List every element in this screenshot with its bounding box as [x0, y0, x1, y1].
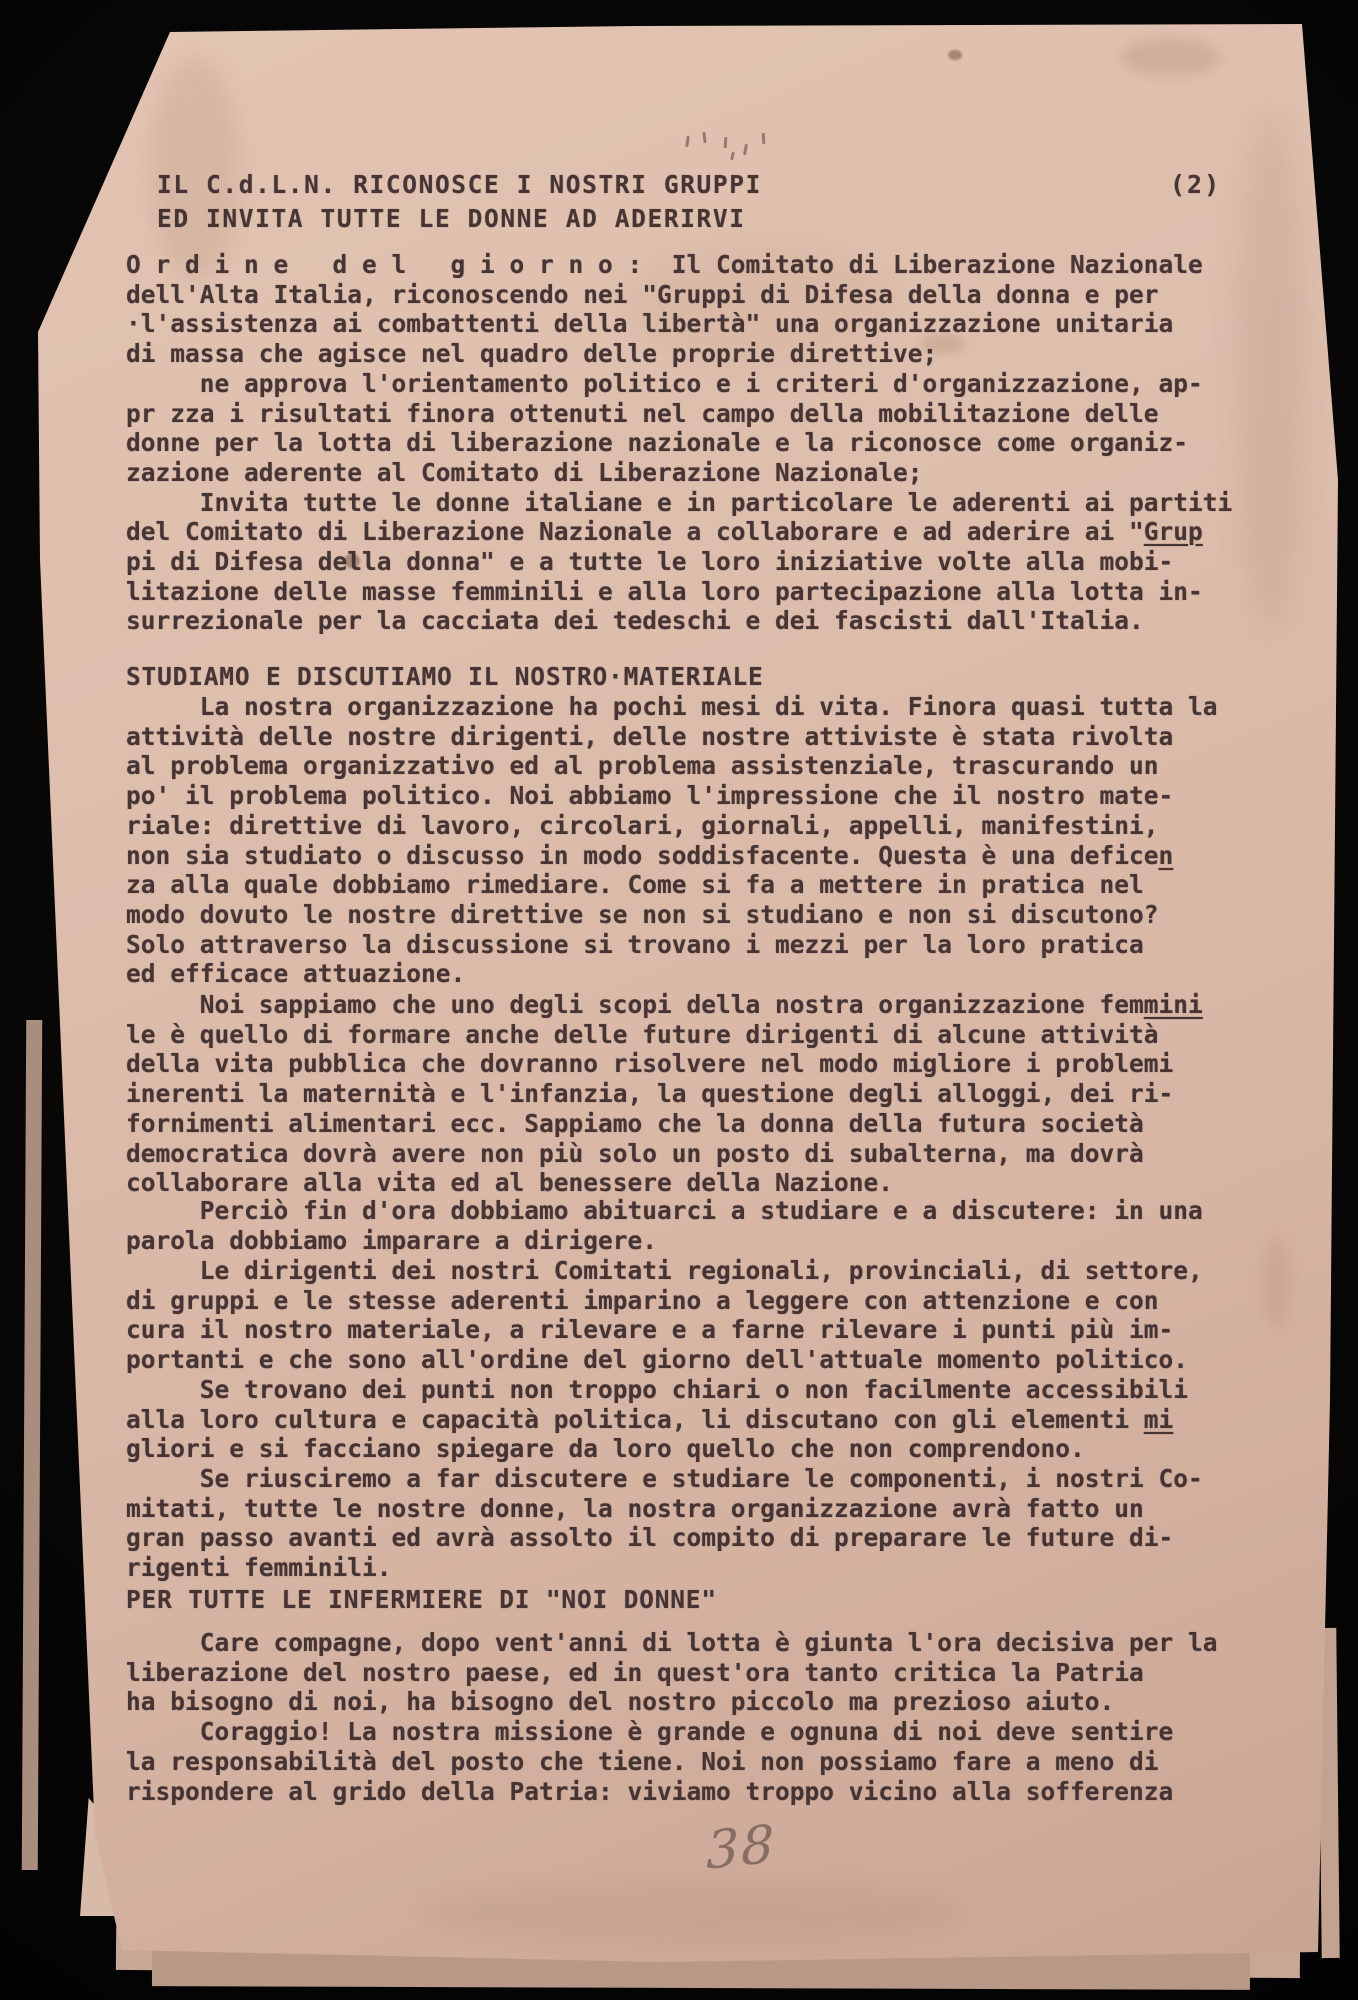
typed-line: ·l'assistenza ai combattenti della liber…	[126, 309, 1336, 339]
section-heading: PER TUTTE LE INFERMIERE DI "NOI DONNE"	[126, 1585, 1336, 1615]
title-line: IL C.d.L.N. RICONOSCE I NOSTRI GRUPPI	[157, 168, 762, 202]
typed-line: donne per la lotta di liberazione nazion…	[126, 428, 1336, 458]
title-line: ED INVITA TUTTE LE DONNE AD ADERIRVI	[157, 202, 762, 236]
typed-line: Solo attraverso la discussione si trovan…	[126, 930, 1336, 960]
typed-line: PER TUTTE LE INFERMIERE DI "NOI DONNE"	[126, 1585, 1336, 1615]
document-title: IL C.d.L.N. RICONOSCE I NOSTRI GRUPPIED …	[157, 168, 762, 236]
section-heading: STUDIAMO E DISCUTIAMO IL NOSTRO·MATERIAL…	[126, 662, 1336, 692]
paragraph: Care compagne, dopo vent'anni di lotta è…	[126, 1628, 1336, 1806]
typed-line: fornimenti alimentari ecc. Sappiamo che …	[126, 1109, 1336, 1139]
typed-line: di massa che agisce nel quadro delle pro…	[126, 339, 1336, 369]
typed-line: dell'Alta Italia, riconoscendo nei "Grup…	[126, 280, 1336, 310]
typed-line: democratica dovrà avere non più solo un …	[126, 1139, 1336, 1169]
typed-line: parola dobbiamo imparare a dirigere.	[126, 1226, 1336, 1256]
typed-line: le è quello di formare anche delle futur…	[126, 1020, 1336, 1050]
typed-line: pr zza i risultati finora ottenuti nel c…	[126, 399, 1336, 429]
typed-line: Invita tutte le donne italiane e in part…	[126, 488, 1336, 518]
typed-line: za alla quale dobbiamo rimediare. Come s…	[126, 870, 1336, 900]
under-sheet-edge	[22, 1020, 42, 1870]
typed-line: gran passo avanti ed avrà assolto il com…	[126, 1523, 1336, 1553]
paragraph: La nostra organizzazione ha pochi mesi d…	[126, 692, 1336, 989]
typed-line: della vita pubblica che dovranno risolve…	[126, 1049, 1336, 1079]
paragraph: Perciò fin d'ora dobbiamo abituarci a st…	[126, 1196, 1336, 1255]
typed-line: del Comitato di Liberazione Nazionale a …	[126, 517, 1336, 547]
paragraph: Se trovano dei punti non troppo chiari o…	[126, 1375, 1336, 1464]
typed-line: Se trovano dei punti non troppo chiari o…	[126, 1375, 1336, 1405]
paragraph: Noi sappiamo che uno degli scopi della n…	[126, 990, 1336, 1198]
typed-line: ne approva l'orientamento politico e i c…	[126, 369, 1336, 399]
typed-line: alla loro cultura e capacità politica, l…	[126, 1405, 1336, 1435]
typed-line: gliori e si facciano spiegare da loro qu…	[126, 1434, 1336, 1464]
typed-line: mitati, tutte le nostre donne, la nostra…	[126, 1494, 1336, 1524]
typed-line: rispondere al grido della Patria: viviam…	[126, 1777, 1336, 1807]
handwritten-page-number: 38	[706, 1814, 776, 1882]
scanned-document-photo: IL C.d.L.N. RICONOSCE I NOSTRI GRUPPIED …	[0, 0, 1358, 2000]
typed-line: litazione delle masse femminili e alla l…	[126, 577, 1336, 607]
typed-line: po' il problema politico. Noi abbiamo l'…	[126, 781, 1336, 811]
typed-line: O r d i n e d e l g i o r n o : Il Comit…	[126, 250, 1336, 280]
typed-line: al problema organizzativo ed al problema…	[126, 751, 1336, 781]
page-number: (2)	[1170, 170, 1221, 199]
typed-line: pi di Difesa della donna" e a tutte le l…	[126, 547, 1336, 577]
typed-line: modo dovuto le nostre direttive se non s…	[126, 900, 1336, 930]
typed-line: liberazione del nostro paese, ed in ques…	[126, 1658, 1336, 1688]
typed-line: Coraggio! La nostra missione è grande e …	[126, 1717, 1336, 1747]
typed-line: ed efficace attuazione.	[126, 959, 1336, 989]
typed-line: collaborare alla vita ed al benessere de…	[126, 1168, 1336, 1198]
typed-line: di gruppi e le stesse aderenti imparino …	[126, 1286, 1336, 1316]
paragraph: Se riusciremo a far discutere e studiare…	[126, 1464, 1336, 1583]
typed-line: cura il nostro materiale, a rilevare e a…	[126, 1315, 1336, 1345]
typed-line: STUDIAMO E DISCUTIAMO IL NOSTRO·MATERIAL…	[126, 662, 1336, 692]
typed-line: Le dirigenti dei nostri Comitati regiona…	[126, 1256, 1336, 1286]
document-page: IL C.d.L.N. RICONOSCE I NOSTRI GRUPPIED …	[0, 0, 1358, 2000]
typed-line: riale: direttive di lavoro, circolari, g…	[126, 811, 1336, 841]
typed-line: inerenti la maternità e l'infanzia, la q…	[126, 1079, 1336, 1109]
typed-line: ha bisogno di noi, ha bisogno del nostro…	[126, 1687, 1336, 1717]
typed-line: Se riusciremo a far discutere e studiare…	[126, 1464, 1336, 1494]
typed-line: attività delle nostre dirigenti, delle n…	[126, 722, 1336, 752]
typed-line: Noi sappiamo che uno degli scopi della n…	[126, 990, 1336, 1020]
paragraph: O r d i n e d e l g i o r n o : Il Comit…	[126, 250, 1336, 636]
typed-line: Perciò fin d'ora dobbiamo abituarci a st…	[126, 1196, 1336, 1226]
typed-line: rigenti femminili.	[126, 1553, 1336, 1583]
typed-line: Care compagne, dopo vent'anni di lotta è…	[126, 1628, 1336, 1658]
paragraph: Le dirigenti dei nostri Comitati regiona…	[126, 1256, 1336, 1375]
typed-line: la responsabilità del posto che tiene. N…	[126, 1747, 1336, 1777]
typed-line: surrezionale per la cacciata dei tedesch…	[126, 606, 1336, 636]
typed-line: portanti e che sono all'ordine del giorn…	[126, 1345, 1336, 1375]
typed-line: non sia studiato o discusso in modo sodd…	[126, 841, 1336, 871]
typed-line: zazione aderente al Comitato di Liberazi…	[126, 458, 1336, 488]
typed-line: La nostra organizzazione ha pochi mesi d…	[126, 692, 1336, 722]
